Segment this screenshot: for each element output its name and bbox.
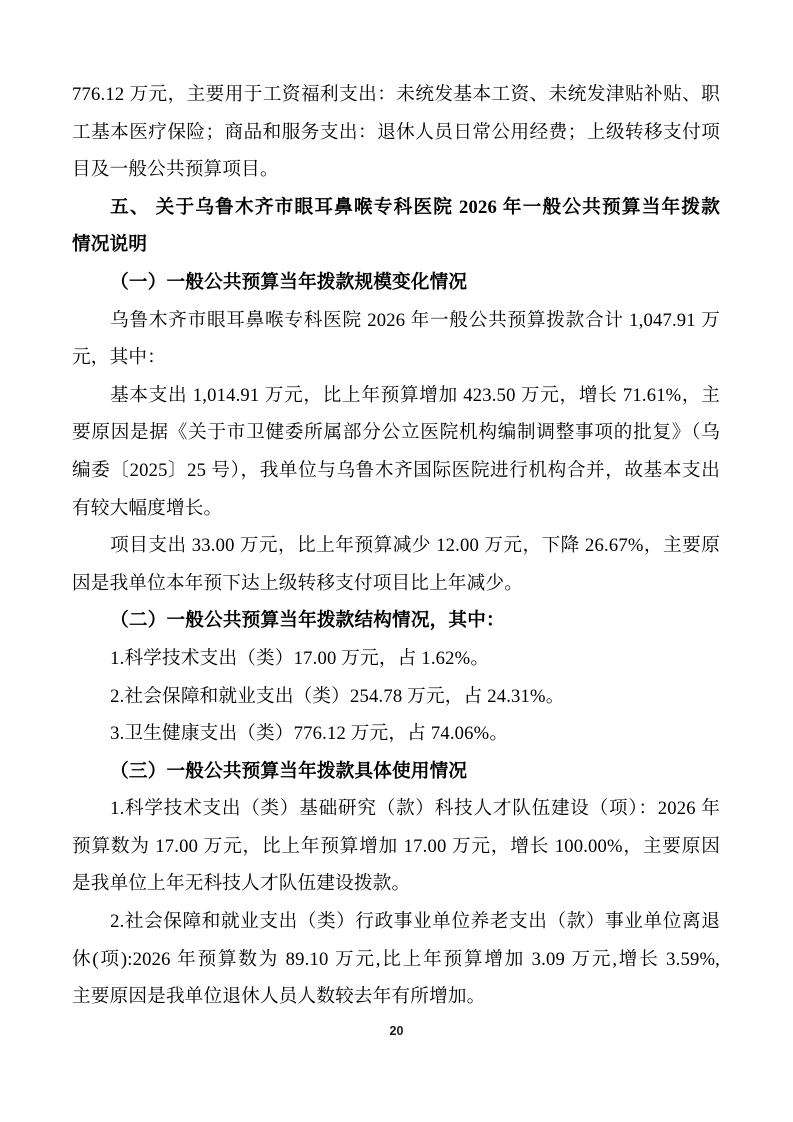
paragraph-line: 是我单位上年无科技人才队伍建设拨款。 bbox=[72, 865, 720, 903]
paragraph-line: 编委〔2025〕25 号），我单位与乌鲁木齐国际医院进行机构合并，故基本支出 bbox=[72, 452, 720, 490]
list-item-line: 1.科学技术支出（类）17.00 万元，占 1.62%。 bbox=[72, 640, 720, 678]
paragraph-line: 2.社会保障和就业支出（类）行政事业单位养老支出（款）事业单位离退 bbox=[72, 903, 720, 941]
paragraph-line: 要原因是据《关于市卫健委所属部分公立医院机构编制调整事项的批复》（乌 bbox=[72, 414, 720, 452]
paragraph-line: 因是我单位本年预下达上级转移支付项目比上年减少。 bbox=[72, 565, 720, 603]
paragraph-line: 776.12 万元，主要用于工资福利支出：未统发基本工资、未统发津贴补贴、职 bbox=[72, 76, 720, 114]
paragraph-line: 主要原因是我单位退休人员人数较去年有所增加。 bbox=[72, 978, 720, 1016]
paragraph-line: 有较大幅度增长。 bbox=[72, 490, 720, 528]
document-page: 776.12 万元，主要用于工资福利支出：未统发基本工资、未统发津贴补贴、职 工… bbox=[0, 0, 793, 1122]
subsection-heading: （二）一般公共预算当年拨款结构情况，其中： bbox=[72, 602, 720, 640]
paragraph-line: 项目支出 33.00 万元，比上年预算减少 12.00 万元，下降 26.67%… bbox=[72, 527, 720, 565]
paragraph-line: 目及一般公共预算项目。 bbox=[72, 151, 720, 189]
subsection-heading: （三）一般公共预算当年拨款具体使用情况 bbox=[72, 753, 720, 791]
paragraph-line: 1.科学技术支出（类）基础研究（款）科技人才队伍建设（项）：2026 年 bbox=[72, 790, 720, 828]
page-number: 20 bbox=[0, 1024, 793, 1038]
paragraph-line: 基本支出 1,014.91 万元，比上年预算增加 423.50 万元，增长 71… bbox=[72, 377, 720, 415]
document-body: 776.12 万元，主要用于工资福利支出：未统发基本工资、未统发津贴补贴、职 工… bbox=[72, 76, 720, 1016]
paragraph-line: 乌鲁木齐市眼耳鼻喉专科医院 2026 年一般公共预算拨款合计 1,047.91 … bbox=[72, 302, 720, 340]
paragraph-line: 工基本医疗保险；商品和服务支出：退休人员日常公用经费；上级转移支付项 bbox=[72, 114, 720, 152]
paragraph-line: 休(项):2026 年预算数为 89.10 万元,比上年预算增加 3.09 万元… bbox=[72, 941, 720, 979]
section-heading-line: 情况说明 bbox=[72, 226, 720, 264]
list-item-line: 2.社会保障和就业支出（类）254.78 万元，占 24.31%。 bbox=[72, 678, 720, 716]
subsection-heading: （一）一般公共预算当年拨款规模变化情况 bbox=[72, 264, 720, 302]
paragraph-line: 预算数为 17.00 万元，比上年预算增加 17.00 万元，增长 100.00… bbox=[72, 828, 720, 866]
paragraph-line: 元，其中： bbox=[72, 339, 720, 377]
list-item-line: 3.卫生健康支出（类）776.12 万元，占 74.06%。 bbox=[72, 715, 720, 753]
section-heading-line: 五、 关于乌鲁木齐市眼耳鼻喉专科医院 2026 年一般公共预算当年拨款 bbox=[72, 189, 720, 227]
